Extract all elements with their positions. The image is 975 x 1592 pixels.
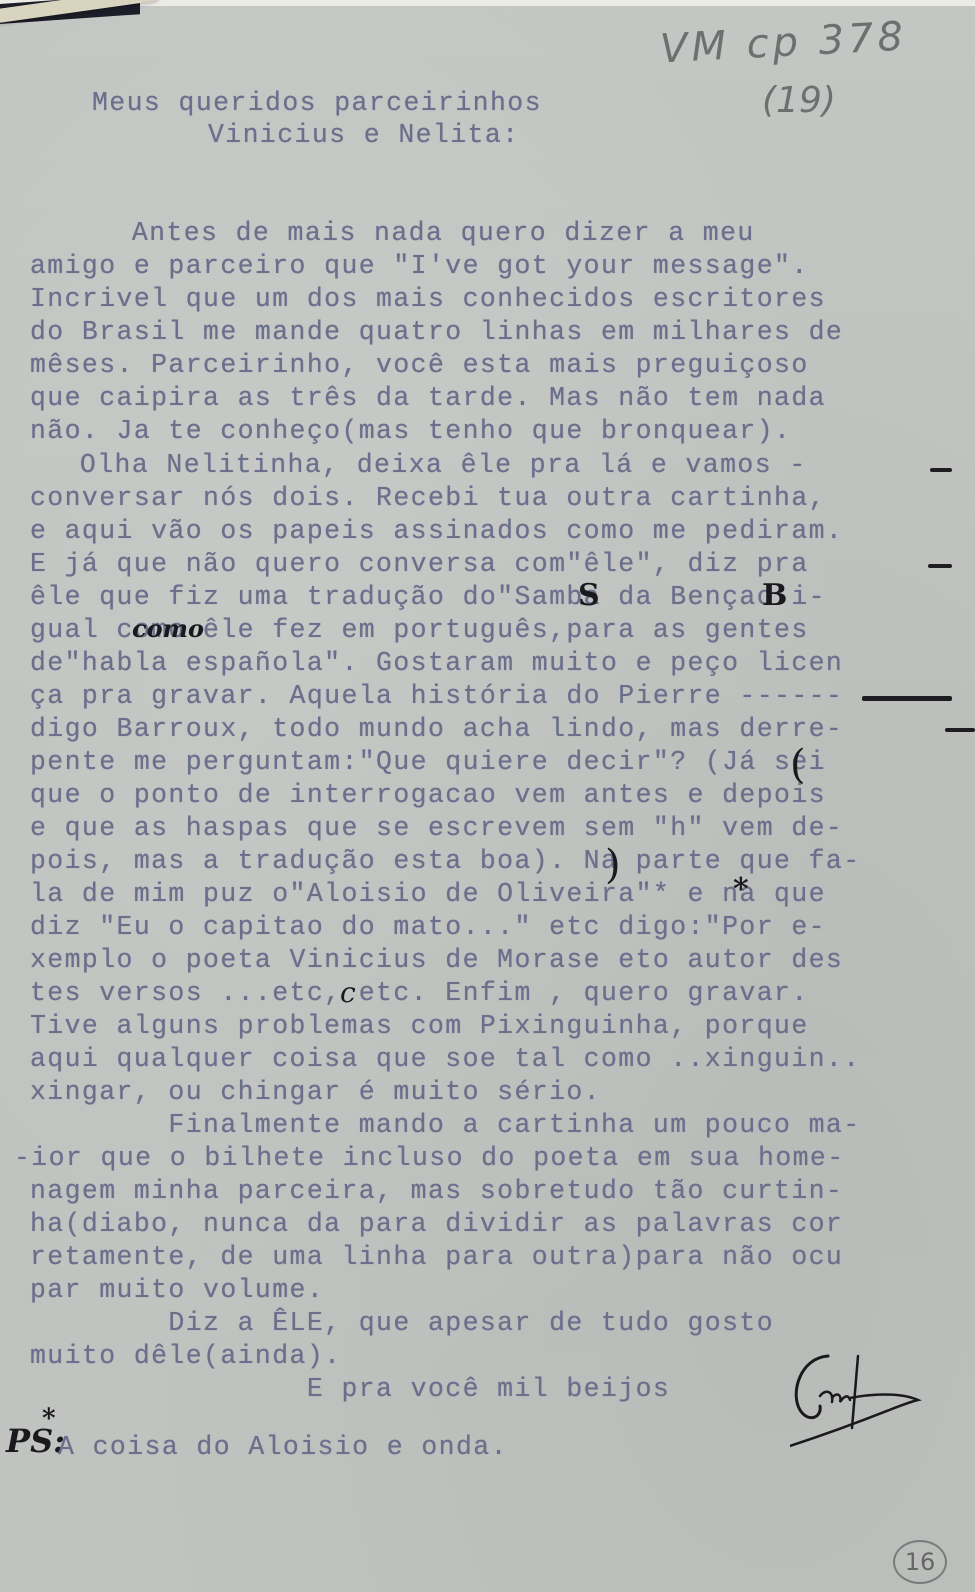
body-line: pente me perguntam:"Que quiere decir"? (… (30, 747, 826, 777)
body-line: mêses. Parceirinho, você esta mais pregu… (30, 350, 809, 380)
body-line: amigo e parceiro que "I've got your mess… (30, 251, 809, 281)
ink-hyphen-mark (945, 728, 975, 732)
body-line: Olha Nelitinha, deixa êle pra lá e vamos… (28, 450, 807, 480)
body-line: Tive alguns problemas com Pixinguinha, p… (30, 1011, 809, 1041)
body-line: e aqui vão os papeis assinados como me p… (30, 516, 843, 546)
body-line: Incrivel que um dos mais conhecidos escr… (30, 284, 826, 314)
ink-correction-bencao: B (762, 578, 787, 613)
body-line: Diz a ÊLE, que apesar de tudo gosto (30, 1308, 774, 1338)
body-line: Antes de mais nada quero dizer a meu (28, 218, 755, 248)
page-number: 16 (893, 1540, 947, 1584)
body-line: êle que fiz uma tradução do"Samba da Ben… (30, 582, 826, 612)
postscript-text: A coisa do Aloisio e onda. (58, 1432, 508, 1462)
body-line: ha(diabo, nunca da para dividir as palav… (30, 1209, 843, 1239)
archive-sequence-number: (19) (762, 80, 836, 121)
salutation-line-2: Vinicius e Nelita: (208, 120, 519, 150)
ink-correction-etc: c (340, 976, 356, 1009)
body-line: xingar, ou chingar é muito sério. (30, 1077, 601, 1107)
letter-page: VM cp 378 (19) Meus queridos parceirinho… (0, 0, 975, 1592)
body-line: la de mim puz o"Aloisio de Oliveira"* e … (30, 879, 826, 909)
body-line: par muito volume. (30, 1275, 324, 1305)
body-line: xemplo o poeta Vinicius de Morase eto au… (30, 945, 843, 975)
body-line: digo Barroux, todo mundo acha lindo, mas… (30, 714, 843, 744)
body-line: de"habla española". Gostaram muito e peç… (30, 648, 843, 678)
body-line: -ior que o bilhete incluso do poeta em s… (14, 1143, 845, 1173)
body-line: E já que não quero conversa com"êle", di… (30, 549, 809, 579)
ink-open-paren: ( (790, 742, 806, 788)
body-line: Finalmente mando a cartinha um pouco ma- (30, 1110, 861, 1140)
body-line: diz "Eu o capitao do mato..." etc digo:"… (30, 912, 826, 942)
ink-correction-como: como (132, 614, 204, 643)
body-line: do Brasil me mande quatro linhas em milh… (30, 317, 843, 347)
ink-hyphen-mark (930, 468, 952, 472)
salutation-line-1: Meus queridos parceirinhos (92, 88, 542, 118)
ink-hyphen-mark (928, 564, 952, 568)
body-line: nagem minha parceira, mas sobretudo tão … (30, 1176, 843, 1206)
body-line: ça pra gravar. Aquela história do Pierre… (30, 681, 843, 711)
body-line: tes versos ...etc, etc. Enfim , quero gr… (30, 978, 809, 1008)
body-line: muito dêle(ainda). (30, 1341, 341, 1371)
ink-correction-samba: S (578, 578, 600, 613)
body-line: que o ponto de interrogacao vem antes e … (30, 780, 826, 810)
postscript-marker: * (42, 1404, 56, 1434)
signature (790, 1348, 940, 1448)
body-line: aqui qualquer coisa que soe tal como ..x… (30, 1044, 861, 1074)
postscript-label: PS: (6, 1422, 65, 1460)
body-line: retamente, de uma linha para outra)para … (30, 1242, 843, 1272)
body-line: não. Ja te conheço(mas tenho que bronque… (30, 416, 791, 446)
body-line: que caipira as três da tarde. Mas não te… (30, 383, 826, 413)
body-line: e que as haspas que se escrevem sem "h" … (30, 813, 843, 843)
archive-catalog-code: VM cp 378 (659, 14, 908, 73)
ink-strikethrough-barroux (862, 696, 952, 701)
closing-line: E pra você mil beijos (30, 1374, 670, 1404)
body-line: conversar nós dois. Recebi tua outra car… (30, 483, 826, 513)
ink-close-paren: ) (605, 842, 621, 888)
ink-asterisk: * (733, 872, 749, 907)
